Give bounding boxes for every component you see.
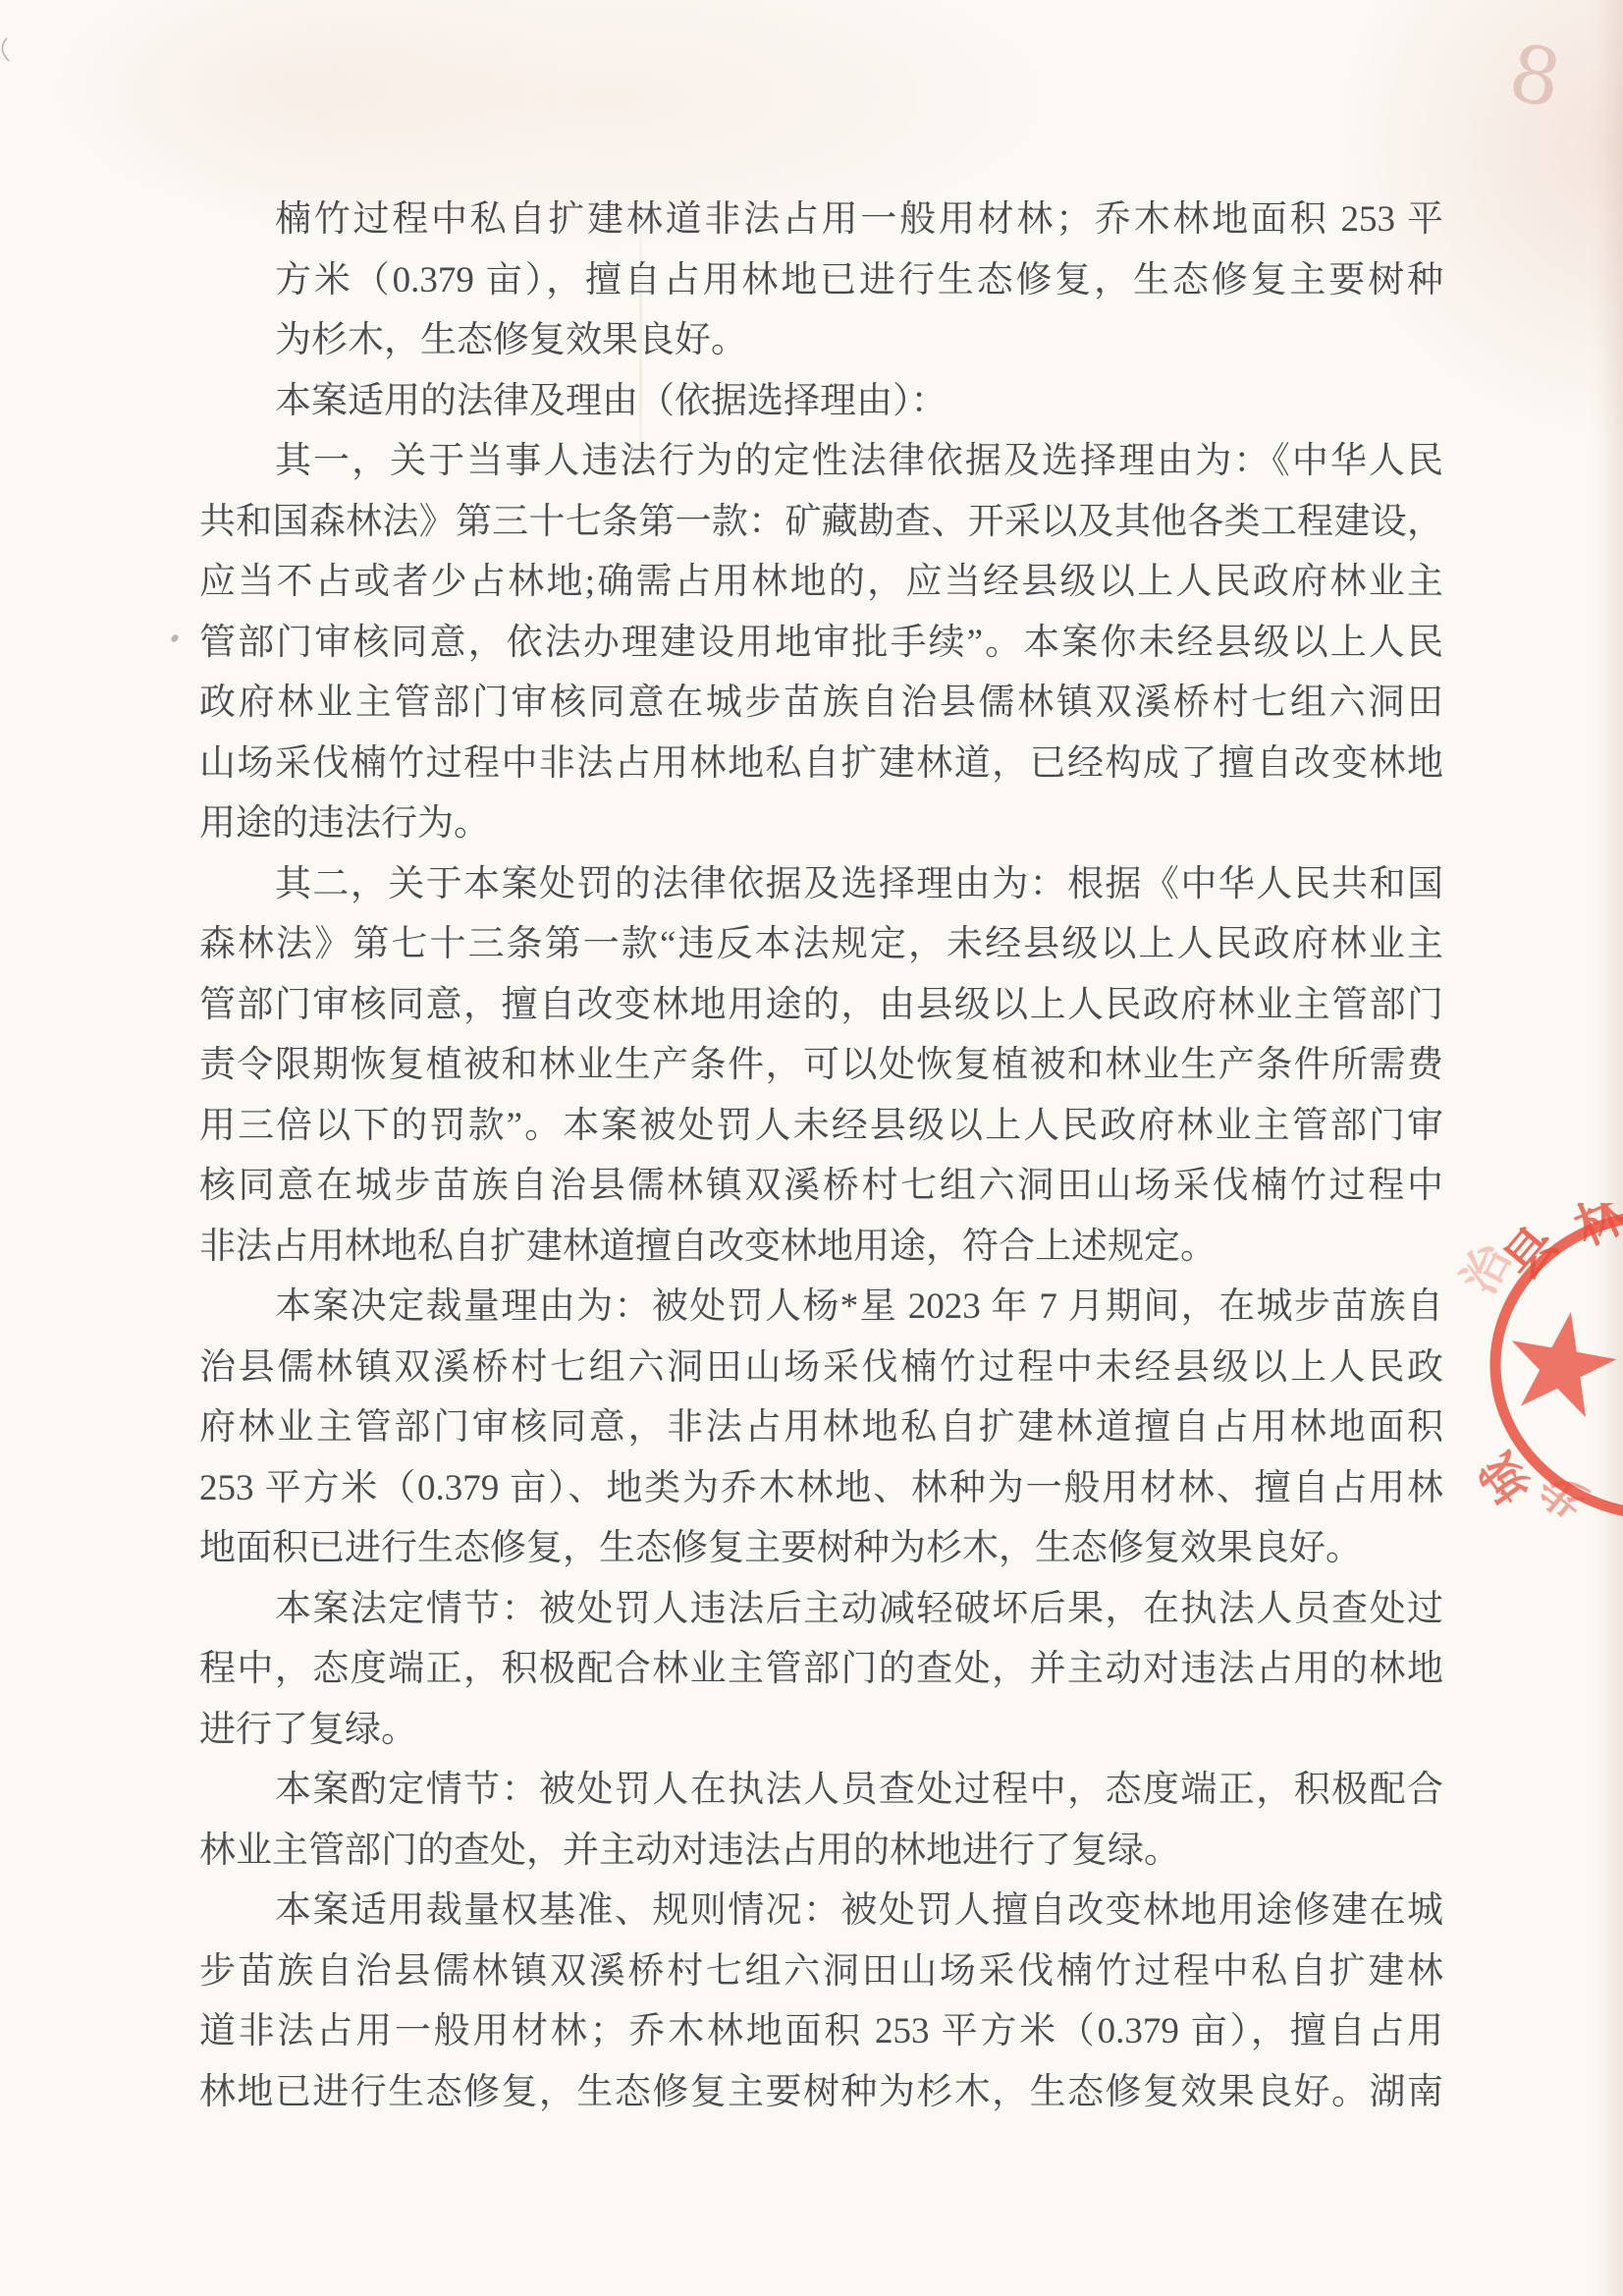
text-line: 用途的违法行为。 — [199, 793, 1443, 854]
text-line: 进行了复绿。 — [199, 1700, 1443, 1761]
text-line: 道非法占用一般用材林；乔木林地面积 253 平方米（0.379 亩），擅自占用 — [199, 2001, 1443, 2062]
seal-ring-char: 城 — [1472, 1444, 1542, 1512]
pen-mark-artifact — [0, 37, 10, 63]
text-line: 责令限期恢复植被和林业生产条件，可以处恢复植被和林业生产条件所需费 — [199, 1035, 1443, 1096]
text-line: 其一，关于当事人违法行为的定性法律依据及选择理由为：《中华人民 — [199, 431, 1443, 492]
text-line: 本案法定情节：被处罚人违法后主动减轻破坏后果，在执法人员查处过 — [199, 1579, 1443, 1640]
text-line: 政府林业主管部门审核同意在城步苗族自治县儒林镇双溪桥村七组六洞田 — [199, 673, 1443, 734]
text-line: 管部门审核同意，依法办理建设用地审批手续”。本案你未经县级以上人民 — [199, 613, 1443, 674]
text-line: 用三倍以下的罚款”。本案被处罚人未经县级以上人民政府林业主管部门审 — [199, 1096, 1443, 1157]
text-line: 核同意在城步苗族自治县儒林镇双溪桥村七组六洞田山场采伐楠竹过程中 — [199, 1156, 1443, 1217]
text-line: 253 平方米（0.379 亩）、地类为乔木林地、林种为一般用材林、擅自占用林 — [199, 1458, 1443, 1519]
text-line: 林地已进行生态修复，生态修复主要树种为杉木，生态修复效果良好。湖南 — [199, 2062, 1443, 2123]
document-text-block: 楠竹过程中私自扩建林道非法占用一般用材林；乔木林地面积 253 平 方米（0.3… — [199, 190, 1443, 2122]
text-line: 楠竹过程中私自扩建林道非法占用一般用材林；乔木林地面积 253 平 — [275, 190, 1443, 250]
text-line: 为杉木，生态修复效果良好。 — [275, 310, 1443, 371]
text-line: 管部门审核同意，擅自改变林地用途的，由县级以上人民政府林业主管部门 — [199, 975, 1443, 1036]
text-line: 地面积已进行生态修复，生态修复主要树种为杉木，生态修复效果良好。 — [199, 1518, 1443, 1579]
text-line: 其二，关于本案处罚的法律依据及选择理由为：根据《中华人民共和国 — [199, 854, 1443, 915]
document-page: 8 楠竹过程中私自扩建林道非法占用一般用材林；乔木林地面积 253 平 方米（0… — [0, 0, 1623, 2296]
text-line: 程中，态度端正，积极配合林业主管部门的查处，并主动对违法占用的林地 — [199, 1639, 1443, 1700]
text-line: 非法占用林地私自扩建林道擅自改变林地用途，符合上述规定。 — [199, 1217, 1443, 1278]
seal-star-icon — [1512, 1312, 1617, 1417]
seal-ring-char: 治 — [1453, 1234, 1522, 1302]
seal-ring-char: 县 — [1493, 1217, 1567, 1289]
ink-speck-artifact — [170, 633, 180, 643]
official-seal: 治 县 林 城 步 — [1453, 1203, 1623, 1527]
text-line: 山场采伐楠竹过程中非法占用林地私自扩建林道，已经构成了擅自改变林地 — [199, 734, 1443, 794]
seal-ring — [1495, 1215, 1623, 1515]
text-line: 本案适用的法律及理由（依据选择理由）： — [199, 371, 1443, 432]
text-line: 本案酌定情节：被处罚人在执法人员查处过程中，态度端正，积极配合 — [199, 1760, 1443, 1821]
text-line: 应当不占或者少占林地;确需占用林地的，应当经县级以上人民政府林业主 — [199, 552, 1443, 613]
seal-ring-char: 林 — [1567, 1203, 1623, 1256]
text-line: 治县儒林镇双溪桥村七组六洞田山场采伐楠竹过程中未经县级以上人民政 — [199, 1338, 1443, 1398]
text-line: 林业主管部门的查处，并主动对违法占用的林地进行了复绿。 — [199, 1821, 1443, 1882]
text-line: 本案决定裁量理由为：被处罚人杨*星 2023 年 7 月期间，在城步苗族自 — [199, 1277, 1443, 1338]
text-line: 方米（0.379 亩），擅自占用林地已进行生态修复，生态修复主要树种 — [275, 250, 1443, 311]
text-line: 步苗族自治县儒林镇双溪桥村七组六洞田山场采伐楠竹过程中私自扩建林 — [199, 1941, 1443, 2002]
text-line: 共和国森林法》第三十七条第一款：矿藏勘查、开采以及其他各类工程建设， — [199, 492, 1443, 553]
text-line: 本案适用裁量权基准、规则情况：被处罚人擅自改变林地用途修建在城 — [199, 1881, 1443, 1941]
seal-ring-char: 步 — [1530, 1460, 1596, 1527]
handwritten-page-digit: 8 — [1503, 33, 1566, 120]
text-line: 府林业主管部门审核同意，非法占用林地私自扩建林道擅自占用林地面积 — [199, 1397, 1443, 1458]
text-line: 森林法》第七十三条第一款“违反本法规定，未经县级以上人民政府林业主 — [199, 914, 1443, 975]
